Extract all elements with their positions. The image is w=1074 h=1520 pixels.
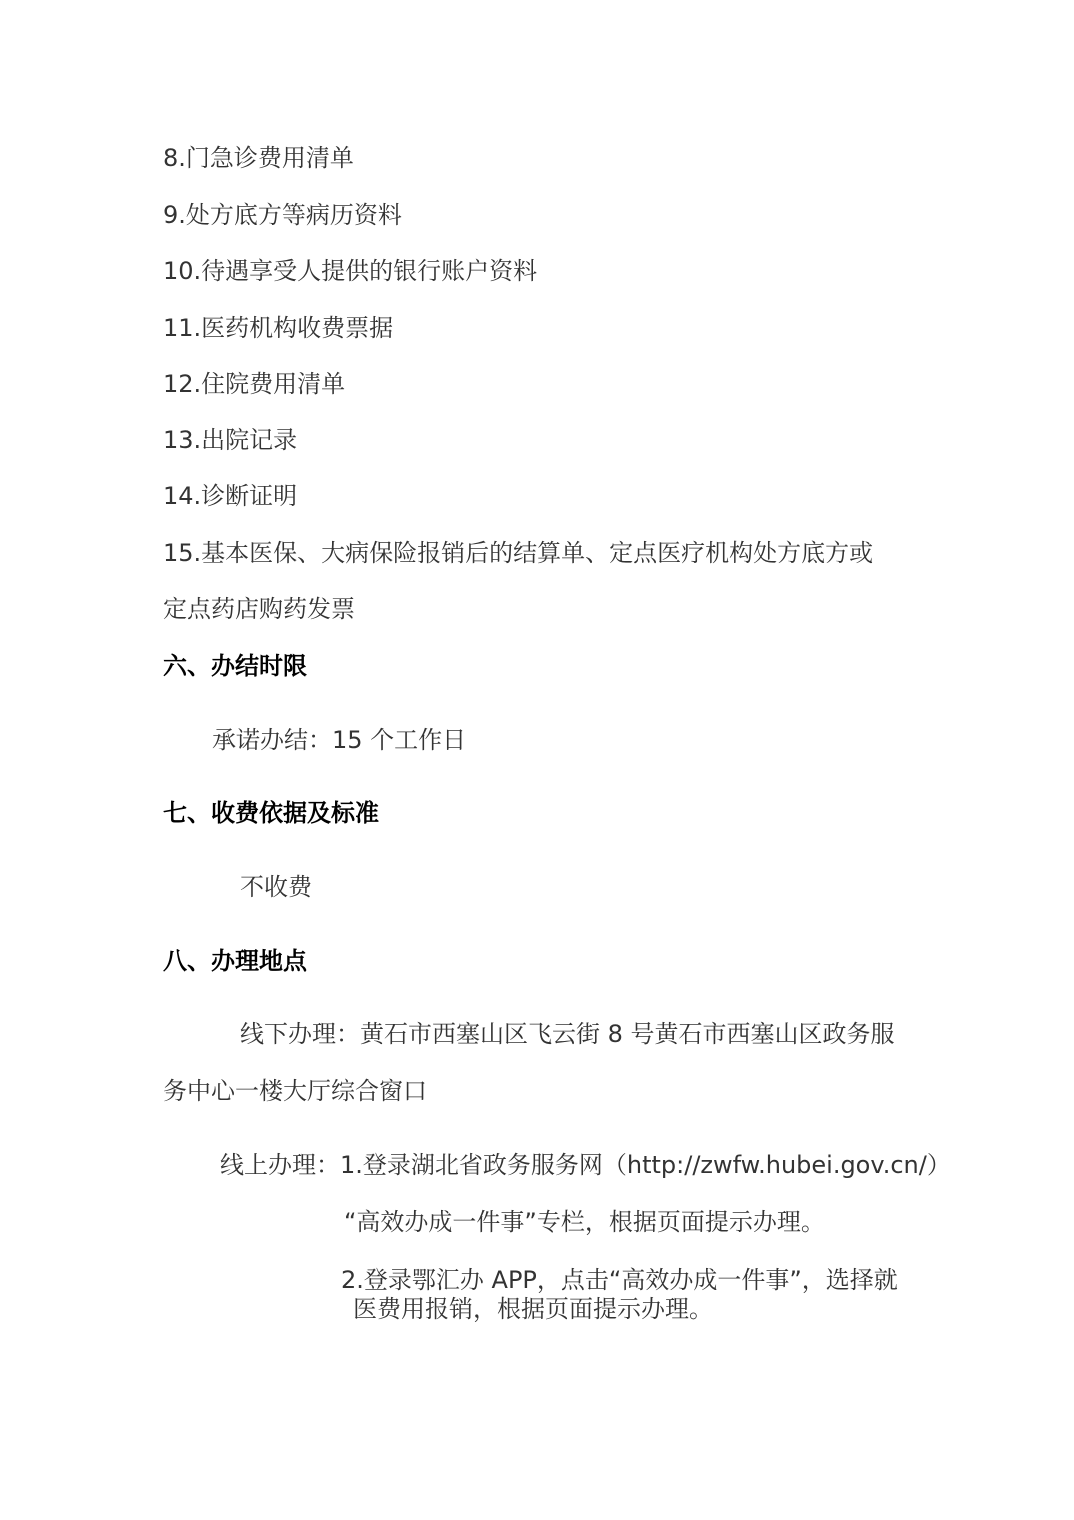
online-method-1-line2: “高效办成一件事”专栏，根据页面提示办理。 (344, 1207, 825, 1237)
online-method-2-line2: 医费用报销，根据页面提示办理。 (353, 1294, 713, 1324)
item-text: 诊断证明 (201, 482, 297, 510)
item-text: 住院费用清单 (201, 370, 345, 398)
list-item-12: 12.住院费用清单 (163, 369, 345, 399)
list-item-11: 11.医药机构收费票据 (163, 313, 393, 343)
section-heading-fees: 七、收费依据及标准 (163, 798, 379, 828)
item-number: 9. (163, 201, 186, 229)
item-text: 医药机构收费票据 (201, 314, 393, 342)
item-number: 8. (163, 144, 186, 172)
list-item-15: 15.基本医保、大病保险报销后的结算单、定点医疗机构处方底方或 (163, 538, 873, 568)
section-heading-time-limit: 六、办结时限 (163, 651, 307, 681)
section-heading-location: 八、办理地点 (163, 946, 307, 976)
item-number: 11. (163, 314, 201, 342)
list-item-8: 8.门急诊费用清单 (163, 143, 354, 173)
time-limit-content: 承诺办结：15 个工作日 (212, 725, 466, 755)
item-number: 13. (163, 426, 201, 454)
item-text: 出院记录 (201, 426, 297, 454)
online-method-2-line1: 2.登录鄂汇办 APP，点击“高效办成一件事”，选择就 (341, 1265, 898, 1295)
item-text: 待遇享受人提供的银行账户资料 (201, 257, 537, 285)
online-method-1-line1: 线上办理：1.登录湖北省政务服务网（http://zwfw.hubei.gov.… (220, 1150, 951, 1180)
list-item-9: 9.处方底方等病历资料 (163, 200, 402, 230)
item-number: 12. (163, 370, 201, 398)
list-item-13: 13.出院记录 (163, 425, 297, 455)
item-text: 处方底方等病历资料 (186, 201, 402, 229)
fees-content: 不收费 (240, 872, 312, 902)
item-number: 14. (163, 482, 201, 510)
offline-address-line1: 线下办理：黄石市西塞山区飞云街 8 号黄石市西塞山区政务服 (240, 1019, 895, 1049)
offline-address-line2: 务中心一楼大厅综合窗口 (163, 1076, 427, 1106)
item-number: 15. (163, 539, 201, 567)
list-item-15-continuation: 定点药店购药发票 (163, 594, 355, 624)
item-number: 10. (163, 257, 201, 285)
item-text: 基本医保、大病保险报销后的结算单、定点医疗机构处方底方或 (201, 539, 873, 567)
list-item-10: 10.待遇享受人提供的银行账户资料 (163, 256, 537, 286)
item-text: 门急诊费用清单 (186, 144, 354, 172)
list-item-14: 14.诊断证明 (163, 481, 297, 511)
